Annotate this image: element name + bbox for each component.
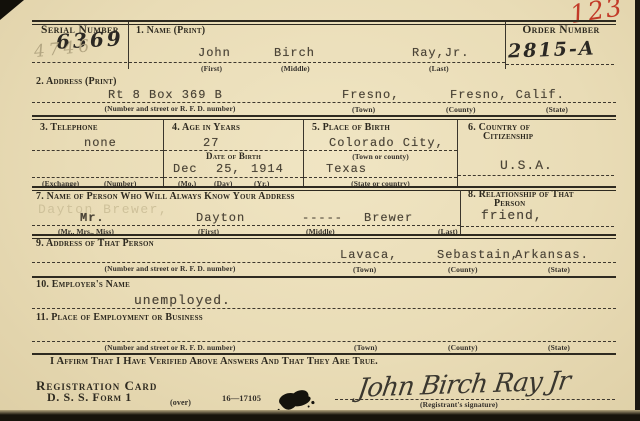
birthplace-state-value: Texas xyxy=(326,162,367,176)
name-middle-value: Birch xyxy=(274,46,315,60)
name-first-value: John xyxy=(198,46,231,60)
contact-fill-line xyxy=(32,225,460,226)
birthplace-fill-line2 xyxy=(304,177,457,178)
signature-label: (Registrant's signature) xyxy=(420,400,498,409)
over-label: (over) xyxy=(170,398,191,407)
contact-address-town-label: (Town) xyxy=(353,265,376,274)
contact-address-state-label: (State) xyxy=(548,265,570,274)
relationship-value: friend, xyxy=(481,208,543,223)
contact-address-state-value: Arkansas. xyxy=(515,248,589,262)
contact-address-fill-line xyxy=(32,262,616,263)
telephone-heading: 3. Telephone xyxy=(40,122,98,133)
contact-address-street-label: (Number and street or R. F. D. number) xyxy=(60,264,280,273)
dob-heading: Date of Birth xyxy=(164,151,303,161)
employment-heading: 11. Place of Employment or Business xyxy=(36,312,203,323)
address-heading: 2. Address (Print) xyxy=(36,76,117,87)
name-first-label: (First) xyxy=(201,64,222,73)
rule-row3 xyxy=(32,115,616,120)
employment-state-label: (State) xyxy=(548,343,570,352)
order-number-value: 2815-A xyxy=(508,37,596,62)
citizenship-value: U.S.A. xyxy=(500,158,553,173)
employer-fill-line xyxy=(32,308,616,309)
telephone-fill-line xyxy=(32,150,163,151)
address-fill-line xyxy=(32,102,616,103)
birthplace-heading: 5. Place of Birth xyxy=(312,122,390,133)
serial-fill-line xyxy=(32,62,127,63)
affirmation-text: I Affirm That I Have Verified Above Answ… xyxy=(50,356,378,367)
employment-fill-line xyxy=(32,341,616,342)
rule-row6 xyxy=(32,276,616,278)
contact-address-heading: 9. Address of That Person xyxy=(36,238,154,249)
order-fill-line xyxy=(506,64,614,65)
print-code: 16—17105 xyxy=(222,393,261,403)
contact-address-town-value: Lavaca, xyxy=(340,248,397,262)
address-town-label: (Town) xyxy=(352,105,375,114)
serial-number-pencil: 4746 xyxy=(33,36,94,62)
name-last-value: Ray,Jr. xyxy=(412,46,469,60)
address-county-state-value: Fresno, Calif. xyxy=(450,88,565,102)
address-county-label: (County) xyxy=(446,105,476,114)
form-number: D. S. S. Form 1 xyxy=(47,390,132,405)
divider-birth-citizen xyxy=(457,120,458,187)
contact-address-county-value: Sebastain, xyxy=(437,248,519,262)
birthplace-town-value: Colorado City, xyxy=(329,136,444,150)
dob-month-value: Dec xyxy=(173,162,198,176)
address-street-value: Rt 8 Box 369 B xyxy=(108,88,223,102)
telephone-value: none xyxy=(84,136,117,150)
order-number-heading: Order Number xyxy=(506,24,616,36)
birthplace-town-label: (Town or county) xyxy=(304,152,457,161)
dob-year-value: 1914 xyxy=(251,162,284,176)
birthplace-fill-line xyxy=(304,150,457,151)
contact-address-county-label: (County) xyxy=(448,265,478,274)
telephone-fill-line2 xyxy=(32,177,163,178)
relationship-fill-line xyxy=(461,226,614,227)
employer-heading: 10. Employer's Name xyxy=(36,279,130,290)
address-state-label: (State) xyxy=(546,105,568,114)
age-value: 27 xyxy=(203,136,219,150)
citizenship-fill-line xyxy=(458,175,614,176)
contact-title-value: Mr. xyxy=(80,211,105,225)
name-last-label: (Last) xyxy=(429,64,449,73)
name-fill-line xyxy=(129,62,505,63)
age-heading: 4. Age in Years xyxy=(172,122,240,133)
employment-county-label: (County) xyxy=(448,343,478,352)
divider-contact-relation xyxy=(460,190,461,235)
address-town-value: Fresno, xyxy=(342,88,399,102)
scan-edge-bottom xyxy=(0,410,640,421)
scan-edge-right xyxy=(635,0,640,421)
dob-fill-line xyxy=(164,177,303,178)
employment-street-label: (Number and street or R. F. D. number) xyxy=(60,343,280,352)
contact-middle-value: ----- xyxy=(302,211,343,225)
contact-first-value: Dayton xyxy=(196,211,245,225)
employer-value: unemployed. xyxy=(134,293,231,308)
citizenship-heading-line2: Citizenship xyxy=(483,131,533,142)
rule-affirmation xyxy=(32,353,616,355)
name-middle-label: (Middle) xyxy=(281,64,310,73)
name-heading: 1. Name (Print) xyxy=(136,25,205,36)
dob-day-value: 25, xyxy=(216,162,241,176)
address-street-label: (Number and street or R. F. D. number) xyxy=(60,104,280,113)
contact-heading: 7. Name of Person Who Will Always Know Y… xyxy=(36,191,295,202)
contact-last-value: Brewer xyxy=(364,211,413,225)
employment-town-label: (Town) xyxy=(354,343,377,352)
scan-corner-topleft xyxy=(0,0,24,20)
registration-card-scan: 123 Serial Number 6369 4746 1. Name (Pri… xyxy=(0,0,640,421)
